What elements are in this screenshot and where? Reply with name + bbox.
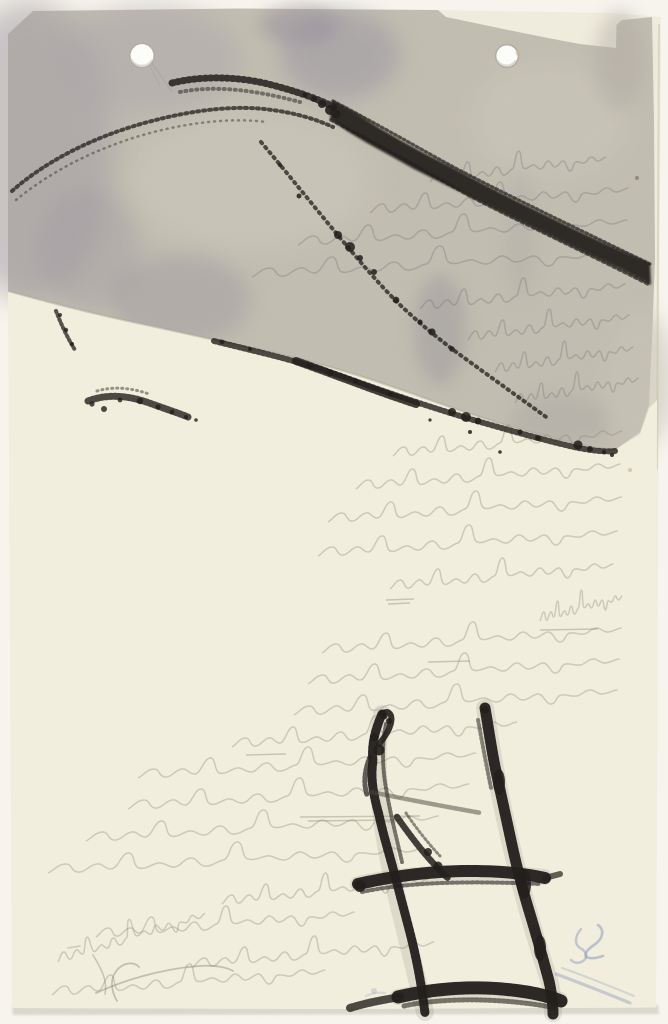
artwork-image [0,0,668,1024]
artwork-page: Scan of a drawing: grey watercolour wash… [0,0,668,1024]
